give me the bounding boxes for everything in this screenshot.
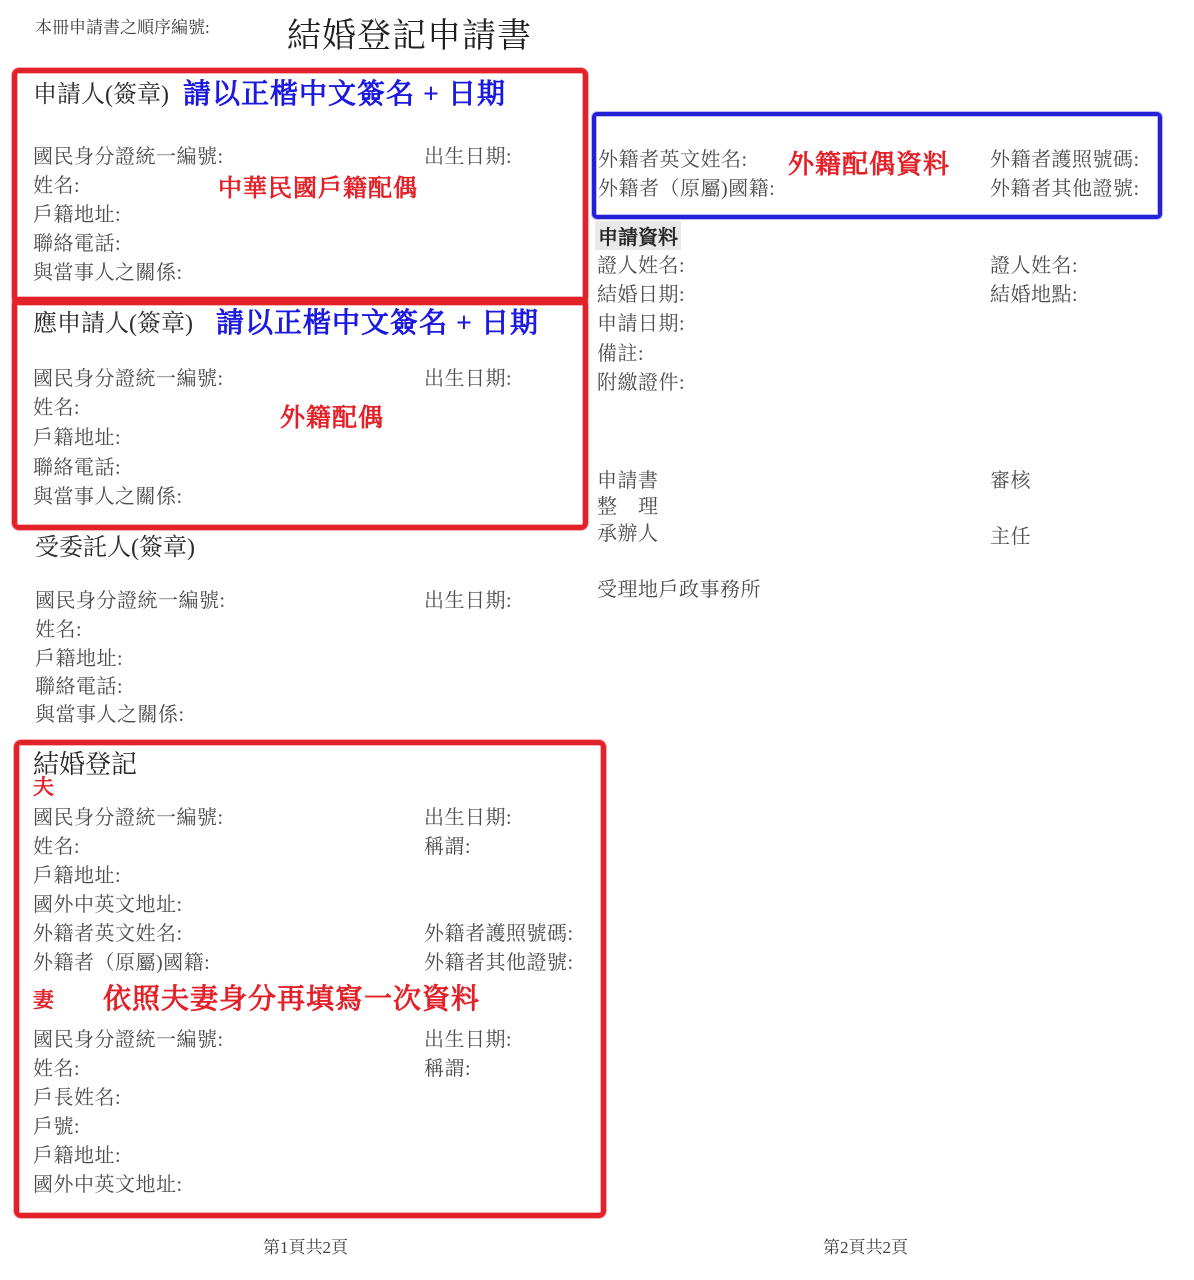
marriage-registration-form-page: 本冊申請書之順序編號: 結婚登記申請書 申請人(簽章) 請以正楷中文簽名 + 日… — [0, 0, 1194, 1280]
footer-section: 第1頁共2頁 第2頁共2頁 — [0, 0, 1194, 1280]
page1-footer: 第1頁共2頁 — [263, 1233, 348, 1258]
page2-footer: 第2頁共2頁 — [823, 1233, 908, 1258]
